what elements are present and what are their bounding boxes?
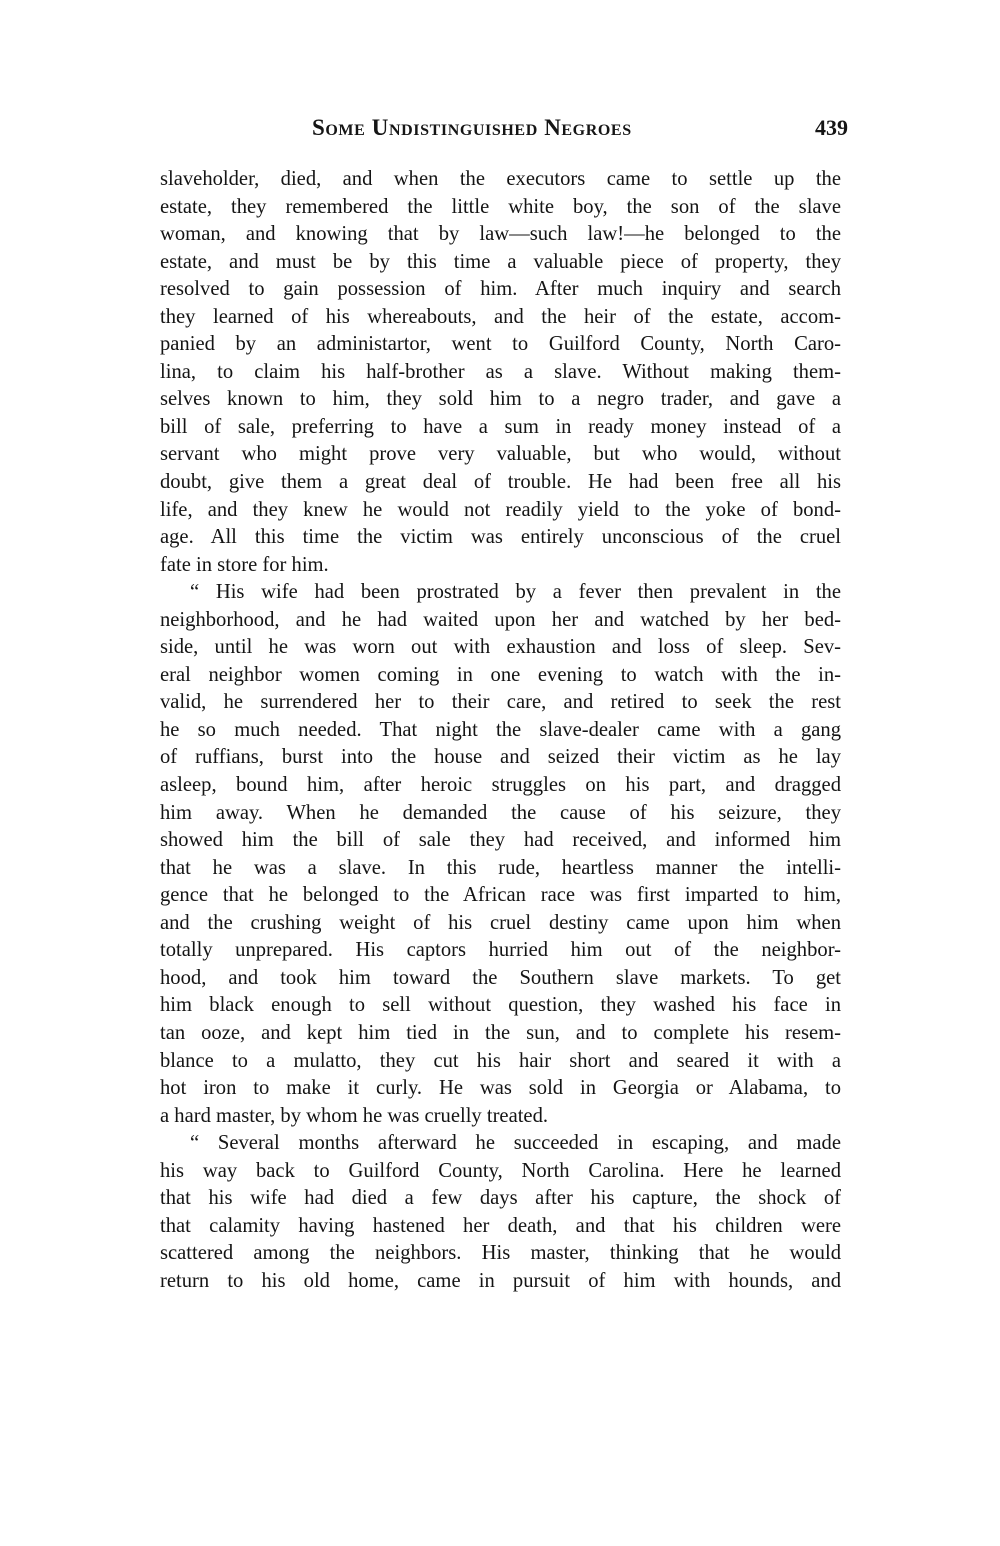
text-line: hood, and took him toward the Southern s… — [160, 965, 841, 993]
text-line: that calamity having hastened her death,… — [160, 1213, 841, 1241]
running-header: Some Undistinguished Negroes 439 — [312, 115, 848, 147]
text-line: him black enough to sell without questio… — [160, 992, 841, 1020]
text-line: hot iron to make it curly. He was sold i… — [160, 1075, 841, 1103]
running-title: Some Undistinguished Negroes — [312, 115, 632, 141]
text-line: neighborhood, and he had waited upon her… — [160, 607, 841, 635]
text-line: estate, they remembered the little white… — [160, 194, 841, 222]
text-line: of ruffians, burst into the house and se… — [160, 744, 841, 772]
paragraph-3: “ Several months afterward he succeeded … — [160, 1130, 841, 1295]
text-line: asleep, bound him, after heroic struggle… — [160, 772, 841, 800]
text-line: servant who might prove very valuable, b… — [160, 441, 841, 469]
body-text: slaveholder, died, and when the executor… — [160, 166, 841, 1295]
text-line: eral neighbor women coming in one evenin… — [160, 662, 841, 690]
text-line: fate in store for him. — [160, 552, 841, 580]
text-line: valid, he surrendered her to their care,… — [160, 689, 841, 717]
text-line: selves known to him, they sold him to a … — [160, 386, 841, 414]
page-number: 439 — [815, 115, 848, 141]
text-line: totally unprepared. His captors hurried … — [160, 937, 841, 965]
book-page: Some Undistinguished Negroes 439 slaveho… — [0, 0, 1000, 1546]
text-line: tan ooze, and kept him tied in the sun, … — [160, 1020, 841, 1048]
text-line: return to his old home, came in pursuit … — [160, 1268, 841, 1296]
text-line: scattered among the neighbors. His maste… — [160, 1240, 841, 1268]
text-line: lina, to claim his half-brother as a sla… — [160, 359, 841, 387]
text-line: side, until he was worn out with exhaust… — [160, 634, 841, 662]
paragraph-1: slaveholder, died, and when the executor… — [160, 166, 841, 579]
text-line: “ Several months afterward he succeeded … — [160, 1130, 841, 1158]
text-line: bill of sale, preferring to have a sum i… — [160, 414, 841, 442]
text-line: estate, and must be by this time a valua… — [160, 249, 841, 277]
text-line: age. All this time the victim was entire… — [160, 524, 841, 552]
text-line: doubt, give them a great deal of trouble… — [160, 469, 841, 497]
text-line: him away. When he demanded the cause of … — [160, 800, 841, 828]
text-line: woman, and knowing that by law—such law!… — [160, 221, 841, 249]
text-line: and the crushing weight of his cruel des… — [160, 910, 841, 938]
text-line: gence that he belonged to the African ra… — [160, 882, 841, 910]
text-line: a hard master, by whom he was cruelly tr… — [160, 1103, 841, 1131]
text-line: resolved to gain possession of him. Afte… — [160, 276, 841, 304]
text-line: life, and they knew he would not readily… — [160, 497, 841, 525]
text-line: his way back to Guilford County, North C… — [160, 1158, 841, 1186]
text-line: blance to a mulatto, they cut his hair s… — [160, 1048, 841, 1076]
text-line: panied by an administartor, went to Guil… — [160, 331, 841, 359]
text-line: he so much needed. That night the slave-… — [160, 717, 841, 745]
text-line: slaveholder, died, and when the executor… — [160, 166, 841, 194]
text-line: that his wife had died a few days after … — [160, 1185, 841, 1213]
text-line: that he was a slave. In this rude, heart… — [160, 855, 841, 883]
paragraph-2: “ His wife had been prostrated by a feve… — [160, 579, 841, 1130]
text-line: showed him the bill of sale they had rec… — [160, 827, 841, 855]
text-line: they learned of his whereabouts, and the… — [160, 304, 841, 332]
text-line: “ His wife had been prostrated by a feve… — [160, 579, 841, 607]
